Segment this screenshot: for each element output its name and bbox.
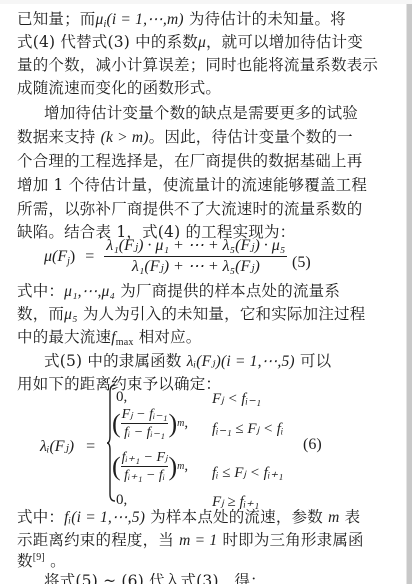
text-line: 数[9] 。: [17, 550, 66, 572]
text-line: 量的个数，减小计算误差；同时也能将流量系数表示: [17, 54, 378, 76]
text-line: 数据来支持 (k > m)。因此，待估计变量个数的一: [17, 126, 353, 149]
math-mu-i: μi: [96, 11, 107, 28]
equation-5: μ(Fj) = λ₁(Fⱼ) · μ₁ + ⋯ + λ₅(Fⱼ) · μ₅ λ₁…: [44, 236, 287, 277]
text-line: 中的最大流速fmax 相对应。: [17, 326, 202, 349]
text-line: 式中：μ₁,⋯,μ₄ 为厂商提供的样本点处的流量系: [17, 280, 340, 303]
text-line: 增加待估计变量个数的缺点是需要更多的试验: [44, 102, 358, 124]
case-2-condition: fᵢ₋₁ ≤ Fⱼ < fᵢ: [212, 419, 283, 438]
text-line: 增加 1 个待估计量，使流量计的流速能够覆盖工程: [17, 174, 367, 196]
equation-number: (6): [303, 436, 322, 454]
text-line: 式(5) 中的隶属函数 λᵢ(Fⱼ)(i = 1,⋯,5) 可以: [44, 350, 331, 373]
text-line: 已知量；而μi(i = 1,⋯,m) 为待估计的未知量。将: [17, 8, 346, 31]
eq5-fraction: λ₁(Fⱼ) · μ₁ + ⋯ + λ₅(Fⱼ) · μ₅ λ₁(Fⱼ) + ⋯…: [104, 236, 287, 277]
citation-ref: [9]: [33, 552, 45, 563]
text-line: 成随流速而变化的函数形式。: [17, 77, 221, 99]
text-line: 所需，以弥补厂商提供不了大流速时的流量系数的: [17, 198, 362, 220]
text-line: 将式(5) ~ (6) 代入式(3)，得：: [44, 570, 266, 584]
text-line: 个合理的工程选择是，在厂商提供的数据基础上再: [17, 150, 362, 172]
text-line: 示距离约束的程度，当 m = 1 时即为三角形隶属函: [17, 529, 364, 552]
vertical-scrollbar[interactable]: [406, 4, 412, 584]
left-brace: [106, 384, 116, 502]
equation-number: (5): [292, 254, 311, 272]
eq6-lhs: λᵢ(Fⱼ) =: [40, 436, 95, 456]
case-3-condition: fᵢ ≤ Fⱼ < fᵢ₊₁: [212, 463, 283, 482]
eq5-lhs: μ(Fj): [44, 248, 75, 266]
case-1-value: 0,: [116, 389, 127, 406]
text-line: 数，而μ₅ 为人为引入的未知量，它和实际加注过程: [17, 303, 365, 326]
case-1-condition: Fⱼ < fᵢ₋₁: [212, 389, 261, 408]
case-2-value: ( Fⱼ − fᵢ₋₁fᵢ − fᵢ₋₁ )m,: [112, 406, 188, 441]
document-page: 已知量；而μi(i = 1,⋯,m) 为待估计的未知量。将 式(4) 代替式(3…: [0, 4, 406, 584]
case-3-value: ( fᵢ₊₁ − Fⱼfᵢ₊₁ − fᵢ )m,: [112, 449, 188, 484]
text-line: 式(4) 代替式(3) 中的系数μ，就可以增加待估计变: [17, 31, 363, 54]
text-line: 式中：fᵢ(i = 1,⋯,5) 为样本点处的流速，参数 m 表: [17, 506, 360, 529]
